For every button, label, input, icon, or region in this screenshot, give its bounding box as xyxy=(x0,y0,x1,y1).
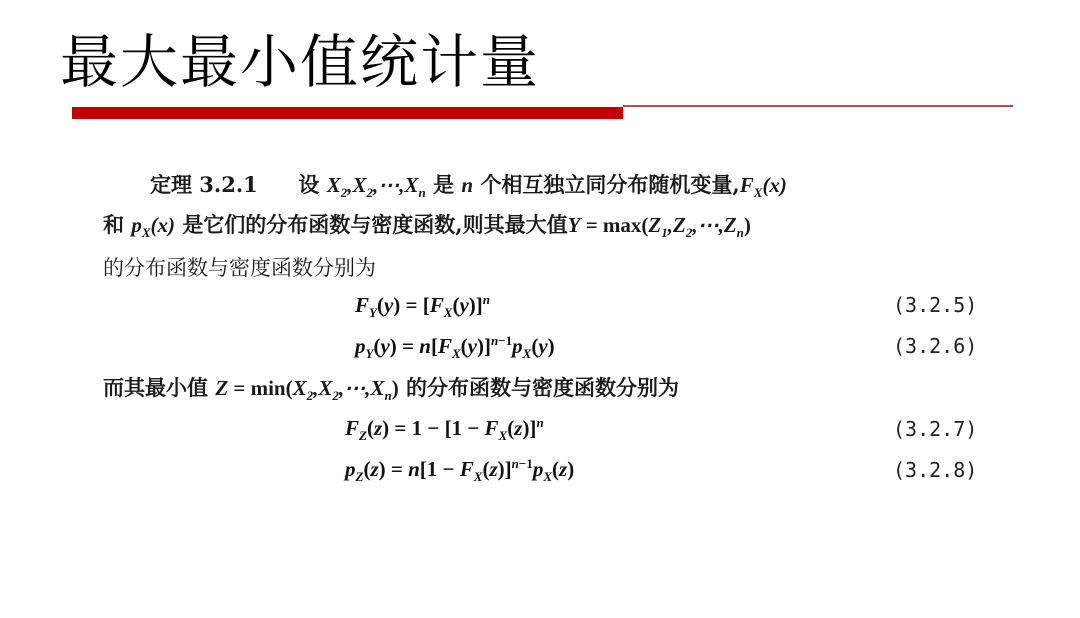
equation-3-2-6: pY(y) = n[FX(y)]n−1pX(y) xyxy=(355,333,555,362)
theorem-text: 而其最小值 xyxy=(103,375,208,400)
title-underline-thin xyxy=(623,105,1013,107)
theorem-text: 是它们的分布函数与密度函数,则其最大值 xyxy=(182,212,567,237)
theorem-text: 设 xyxy=(298,172,319,197)
equation-number: (3.2.7) xyxy=(893,417,977,441)
equation-number: (3.2.6) xyxy=(893,334,977,358)
theorem-line-4: 而其最小值 Z = min(X2,X2,⋯,Xn) 的分布函数与密度函数分别为 xyxy=(103,373,679,411)
theorem-line-2: 和 pX(x) 是它们的分布函数与密度函数,则其最大值Y = max(Z1,Z2… xyxy=(103,210,751,248)
equation-number: (3.2.5) xyxy=(893,293,977,317)
math-inline: FX(x) xyxy=(740,173,787,197)
equation-number: (3.2.8) xyxy=(893,458,977,482)
title-underline-thick xyxy=(72,107,623,119)
slide-title: 最大最小值统计量 xyxy=(60,22,540,102)
theorem-text: 个相互独立同分布随机变量, xyxy=(480,172,739,197)
theorem-text: 是 xyxy=(433,172,454,197)
math-inline: pX(x) xyxy=(131,213,175,237)
theorem-text: 和 xyxy=(103,212,124,237)
math-inline: n xyxy=(461,173,473,197)
math-inline: Y xyxy=(568,213,581,237)
math-inline: X2,X2,⋯,Xn xyxy=(327,173,426,197)
equation-3-2-8: pZ(z) = n[1 − FX(z)]n−1pX(z) xyxy=(345,456,574,485)
equation-3-2-7: FZ(z) = 1 − [1 − FX(z)]n xyxy=(345,415,544,444)
equation-3-2-5: FY(y) = [FX(y)]n xyxy=(355,292,490,321)
theorem-line-1: 定理 3.2.1 设 X2,X2,⋯,Xn 是 n 个相互独立同分布随机变量,F… xyxy=(150,170,787,208)
theorem-line-3: 的分布函数与密度函数分别为 xyxy=(103,253,376,283)
theorem-label: 定理 3.2.1 xyxy=(150,172,258,197)
theorem-text: 的分布函数与密度函数分别为 xyxy=(406,375,679,400)
